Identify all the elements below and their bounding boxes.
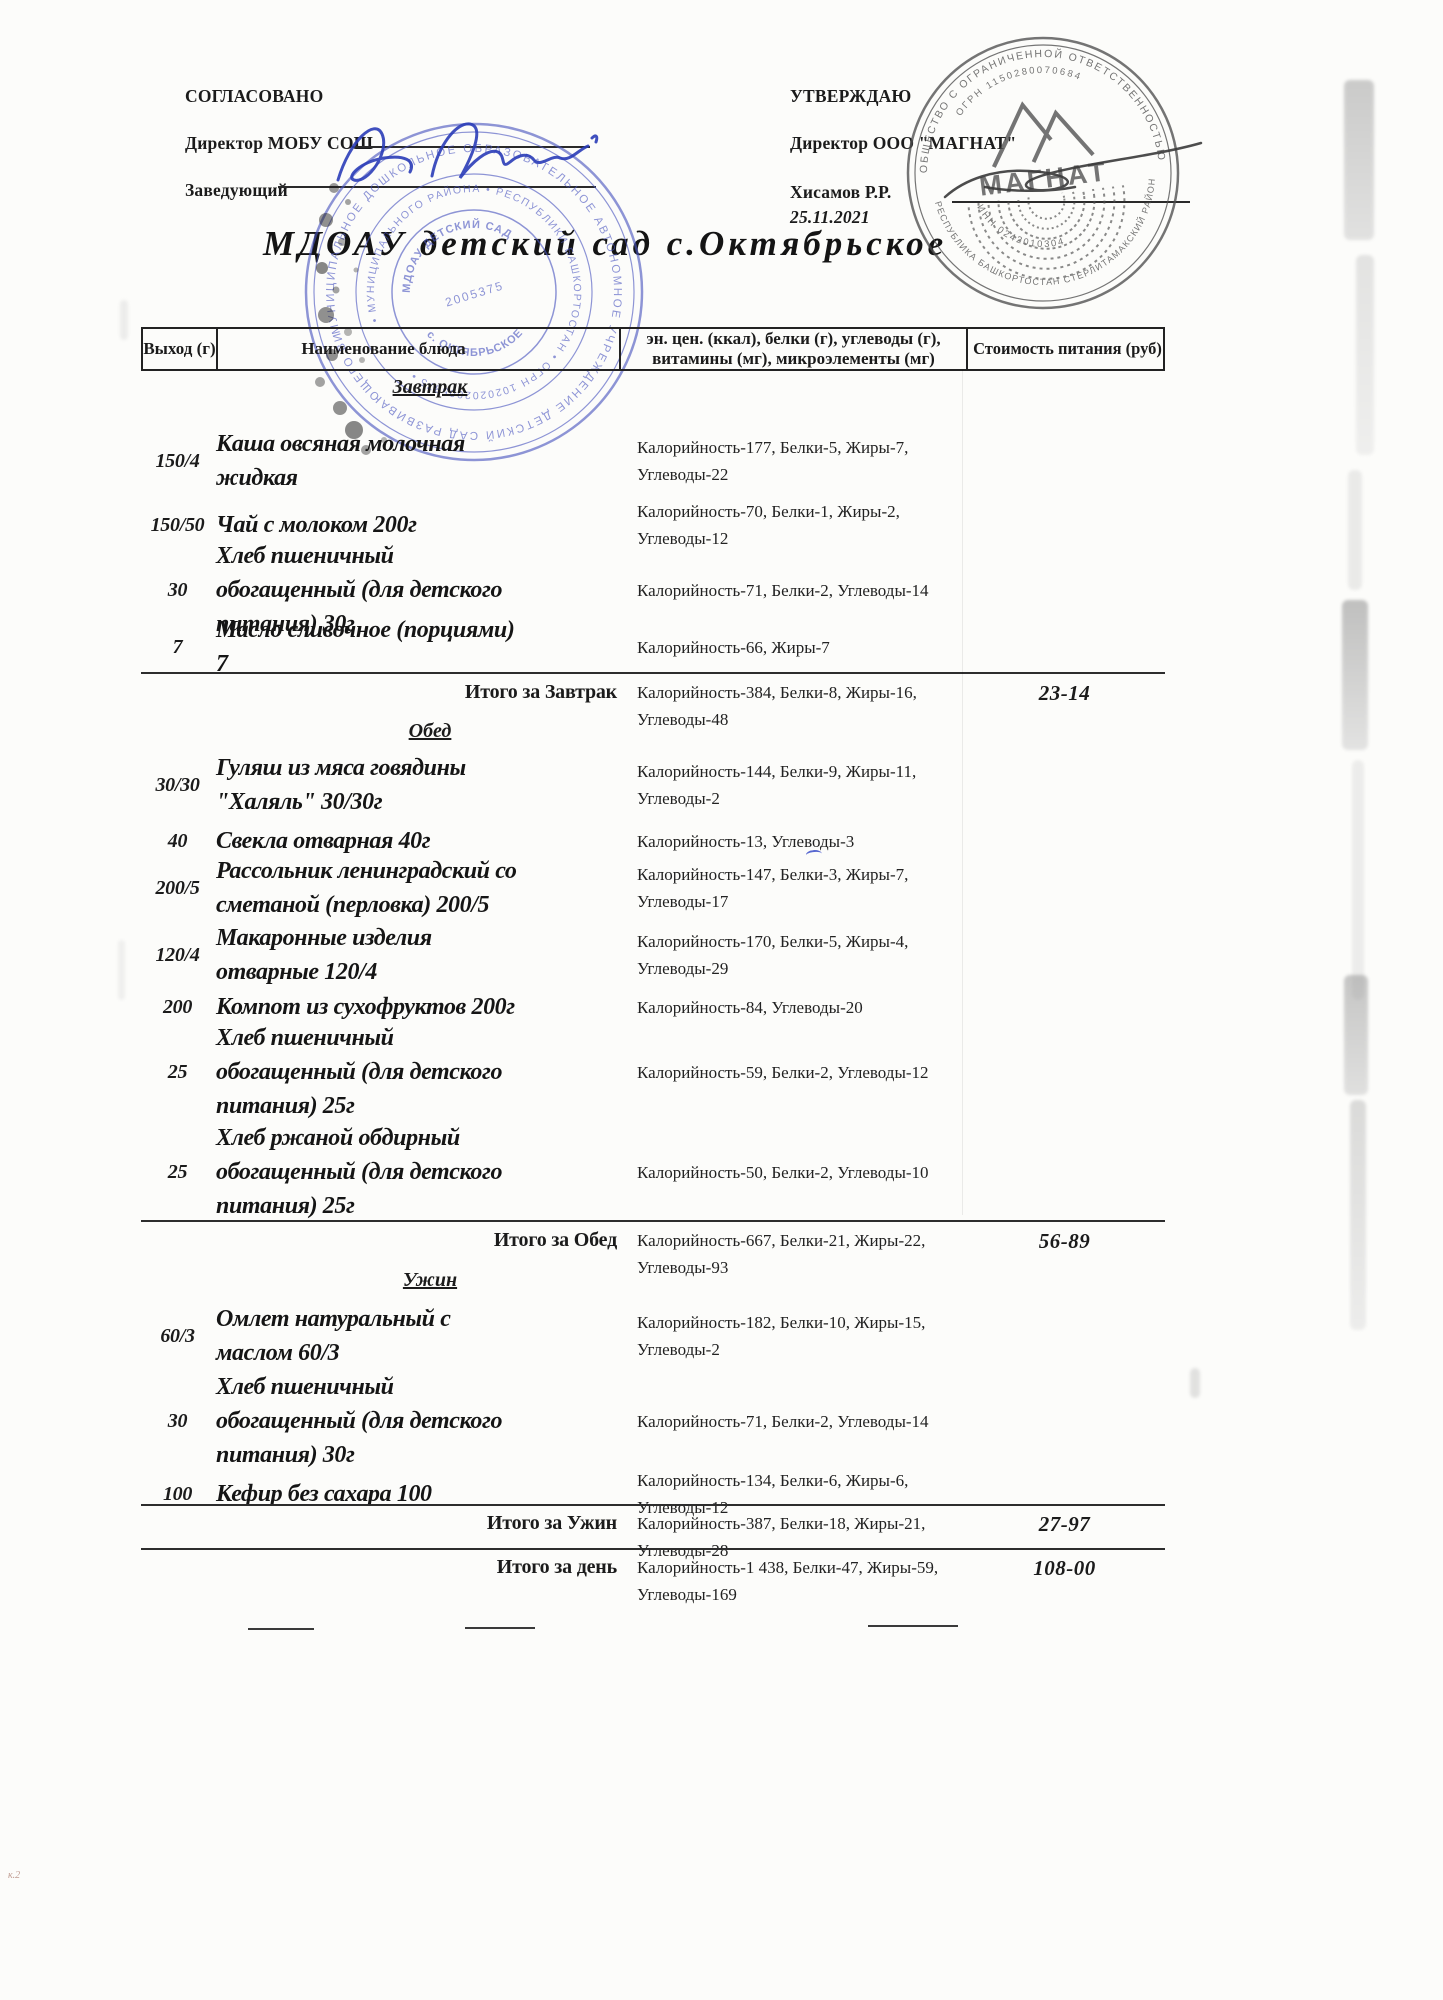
nutrition-cell: Калорийность-182, Белки-10, Жиры-15, Угл…: [617, 1309, 964, 1363]
day-total-row: Итого за деньКалорийность-1 438, Белки-4…: [141, 1554, 1165, 1608]
portion-cell: 60/3: [141, 1325, 214, 1348]
nutrition-cell: Калорийность-84, Углеводы-20: [617, 994, 964, 1021]
cost-cell: 56-89: [964, 1227, 1165, 1254]
table-row: 150/4Каша овсяная молочная жидкаяКалорий…: [141, 427, 1165, 495]
table-header-row: Выход (г) Наименование блюда эн. цен. (к…: [141, 327, 1165, 371]
scan-streak: [1352, 760, 1364, 1000]
table-row: 200Компот из сухофруктов 200гКалорийност…: [141, 990, 1165, 1024]
portion-cell: 25: [141, 1161, 214, 1184]
scan-streak: [1356, 255, 1374, 455]
approval-right-block: УТВЕРЖДАЮ Директор ООО "МАГНАТ" Хисамов …: [790, 86, 1016, 228]
nutrition-cell: Калорийность-71, Белки-2, Углеводы-14: [617, 577, 964, 604]
scan-streak: [1344, 80, 1374, 240]
table-row: 200/5Рассольник ленинградский со сметано…: [141, 854, 1165, 922]
scan-streak: [120, 300, 128, 340]
approval-right-role: Директор ООО "МАГНАТ": [790, 133, 1016, 154]
dish-name-cell: Гуляш из мяса говядины "Халяль" 30/30г: [214, 751, 617, 819]
approval-right-signer: Хисамов Р.Р.: [790, 182, 1016, 203]
approval-left-block: СОГЛАСОВАНО Директор МОБУ СОШ Заведующий: [185, 86, 373, 201]
scan-streak: [1348, 470, 1362, 590]
portion-cell: 7: [141, 636, 214, 659]
scan-streak: [1342, 600, 1368, 750]
approval-left-heading: СОГЛАСОВАНО: [185, 86, 373, 107]
portion-cell: 25: [141, 1061, 214, 1084]
dish-name-cell: Макаронные изделия отварные 120/4: [214, 921, 617, 989]
cost-cell: 108-00: [964, 1554, 1165, 1581]
menu-table: Выход (г) Наименование блюда эн. цен. (к…: [141, 327, 1165, 1667]
dish-name-cell: Рассольник ленинградский со сметаной (пе…: [214, 854, 617, 922]
total-label: Итого за Завтрак: [141, 679, 617, 704]
blue-stamp-number: 2005375: [444, 278, 506, 309]
dish-name-cell: Хлеб пшеничный обогащенный (для детского…: [214, 1021, 617, 1123]
portion-cell: 150/50: [141, 514, 214, 537]
signature-line: [278, 186, 596, 188]
scan-streak: [1344, 975, 1368, 1095]
approval-left-role: Директор МОБУ СОШ: [185, 133, 373, 154]
nutrition-cell: Калорийность-147, Белки-3, Жиры-7, Углев…: [617, 861, 964, 915]
table-row: 120/4Макаронные изделия отварные 120/4Ка…: [141, 921, 1165, 989]
table-row: 30Хлеб пшеничный обогащенный (для детско…: [141, 1370, 1165, 1472]
portion-cell: 40: [141, 830, 214, 853]
portion-cell: 30/30: [141, 774, 214, 797]
column-header-nutrition: эн. цен. (ккал), белки (г), углеводы (г)…: [619, 329, 966, 369]
scan-streak: [1190, 1368, 1200, 1398]
portion-cell: 200/5: [141, 877, 214, 900]
table-row: 60/3Омлет натуральный с маслом 60/3Калор…: [141, 1302, 1165, 1370]
corner-pencil-mark: к.2: [8, 1870, 20, 1881]
nutrition-cell: Калорийность-71, Белки-2, Углеводы-14: [617, 1408, 964, 1435]
portion-cell: 150/4: [141, 450, 214, 473]
dish-name-cell: Омлет натуральный с маслом 60/3: [214, 1302, 617, 1370]
table-row: 25Хлеб пшеничный обогащенный (для детско…: [141, 1021, 1165, 1123]
dish-name-cell: Чай с молоком 200г: [214, 508, 617, 542]
section-label: Обед: [409, 720, 452, 743]
section-label: Завтрак: [393, 376, 468, 399]
document-title: МДОАУ детский сад с.Октябрьское: [263, 224, 947, 264]
dish-name-cell: Свекла отварная 40г: [214, 824, 617, 858]
total-divider-line: [141, 1548, 1165, 1550]
portion-cell: 200: [141, 996, 214, 1019]
scan-streak: [118, 940, 125, 1000]
total-label: Итого за день: [141, 1554, 617, 1579]
nutrition-cell: Калорийность-50, Белки-2, Углеводы-10: [617, 1159, 964, 1186]
portion-cell: 30: [141, 579, 214, 602]
total-divider-line: [141, 1504, 1165, 1506]
nutrition-cell: Калорийность-170, Белки-5, Жиры-4, Углев…: [617, 928, 964, 982]
cost-cell: 23-14: [964, 679, 1165, 706]
approval-left-signer: Заведующий: [185, 180, 373, 201]
nutrition-cell: Калорийность-177, Белки-5, Жиры-7, Углев…: [617, 434, 964, 488]
bottom-line: [868, 1625, 958, 1627]
section-label: Ужин: [403, 1269, 457, 1292]
cost-cell: 27-97: [964, 1510, 1165, 1537]
total-label: Итого за Ужин: [141, 1510, 617, 1535]
bottom-line: [248, 1628, 314, 1630]
scanned-menu-document: СОГЛАСОВАНО Директор МОБУ СОШ Заведующий…: [0, 0, 1443, 2000]
approval-right-heading: УТВЕРЖДАЮ: [790, 86, 1016, 107]
signature-line: [352, 146, 590, 148]
section-label-row: Обед: [141, 720, 719, 743]
table-row: 7Масло сливочное (порциями) 7Калорийност…: [141, 613, 1165, 681]
section-label-row: Завтрак: [141, 376, 719, 399]
nutrition-cell: Калорийность-59, Белки-2, Углеводы-12: [617, 1059, 964, 1086]
bottom-line: [465, 1627, 535, 1629]
total-divider-line: [141, 672, 1165, 674]
column-header-dish: Наименование блюда: [216, 329, 619, 369]
portion-cell: 30: [141, 1410, 214, 1433]
portion-cell: 120/4: [141, 944, 214, 967]
dish-name-cell: Каша овсяная молочная жидкая: [214, 427, 617, 495]
nutrition-cell: Калорийность-13, Углеводы-3: [617, 828, 964, 855]
column-header-output: Выход (г): [143, 329, 216, 369]
nutrition-cell: Калорийность-1 438, Белки-47, Жиры-59, У…: [617, 1554, 964, 1608]
total-divider-line: [141, 1220, 1165, 1222]
portion-cell: 100: [141, 1483, 214, 1506]
signature-line: [952, 201, 1190, 203]
column-header-cost: Стоимость питания (руб): [966, 329, 1167, 369]
nutrition-cell: Калорийность-144, Белки-9, Жиры-11, Угле…: [617, 758, 964, 812]
dish-name-cell: Компот из сухофруктов 200г: [214, 990, 617, 1024]
scan-fold-line: [962, 370, 963, 1215]
scan-streak: [1350, 1100, 1366, 1330]
dish-name-cell: Масло сливочное (порциями) 7: [214, 613, 617, 681]
table-row: 25Хлеб ржаной обдирный обогащенный (для …: [141, 1121, 1165, 1223]
dish-name-cell: Хлеб ржаной обдирный обогащенный (для де…: [214, 1121, 617, 1223]
dish-name-cell: Хлеб пшеничный обогащенный (для детского…: [214, 1370, 617, 1472]
nutrition-cell: Калорийность-66, Жиры-7: [617, 634, 964, 661]
total-label: Итого за Обед: [141, 1227, 617, 1252]
table-row: 40Свекла отварная 40гКалорийность-13, Уг…: [141, 824, 1165, 858]
section-label-row: Ужин: [141, 1269, 719, 1292]
table-row: 30/30Гуляш из мяса говядины "Халяль" 30/…: [141, 751, 1165, 819]
